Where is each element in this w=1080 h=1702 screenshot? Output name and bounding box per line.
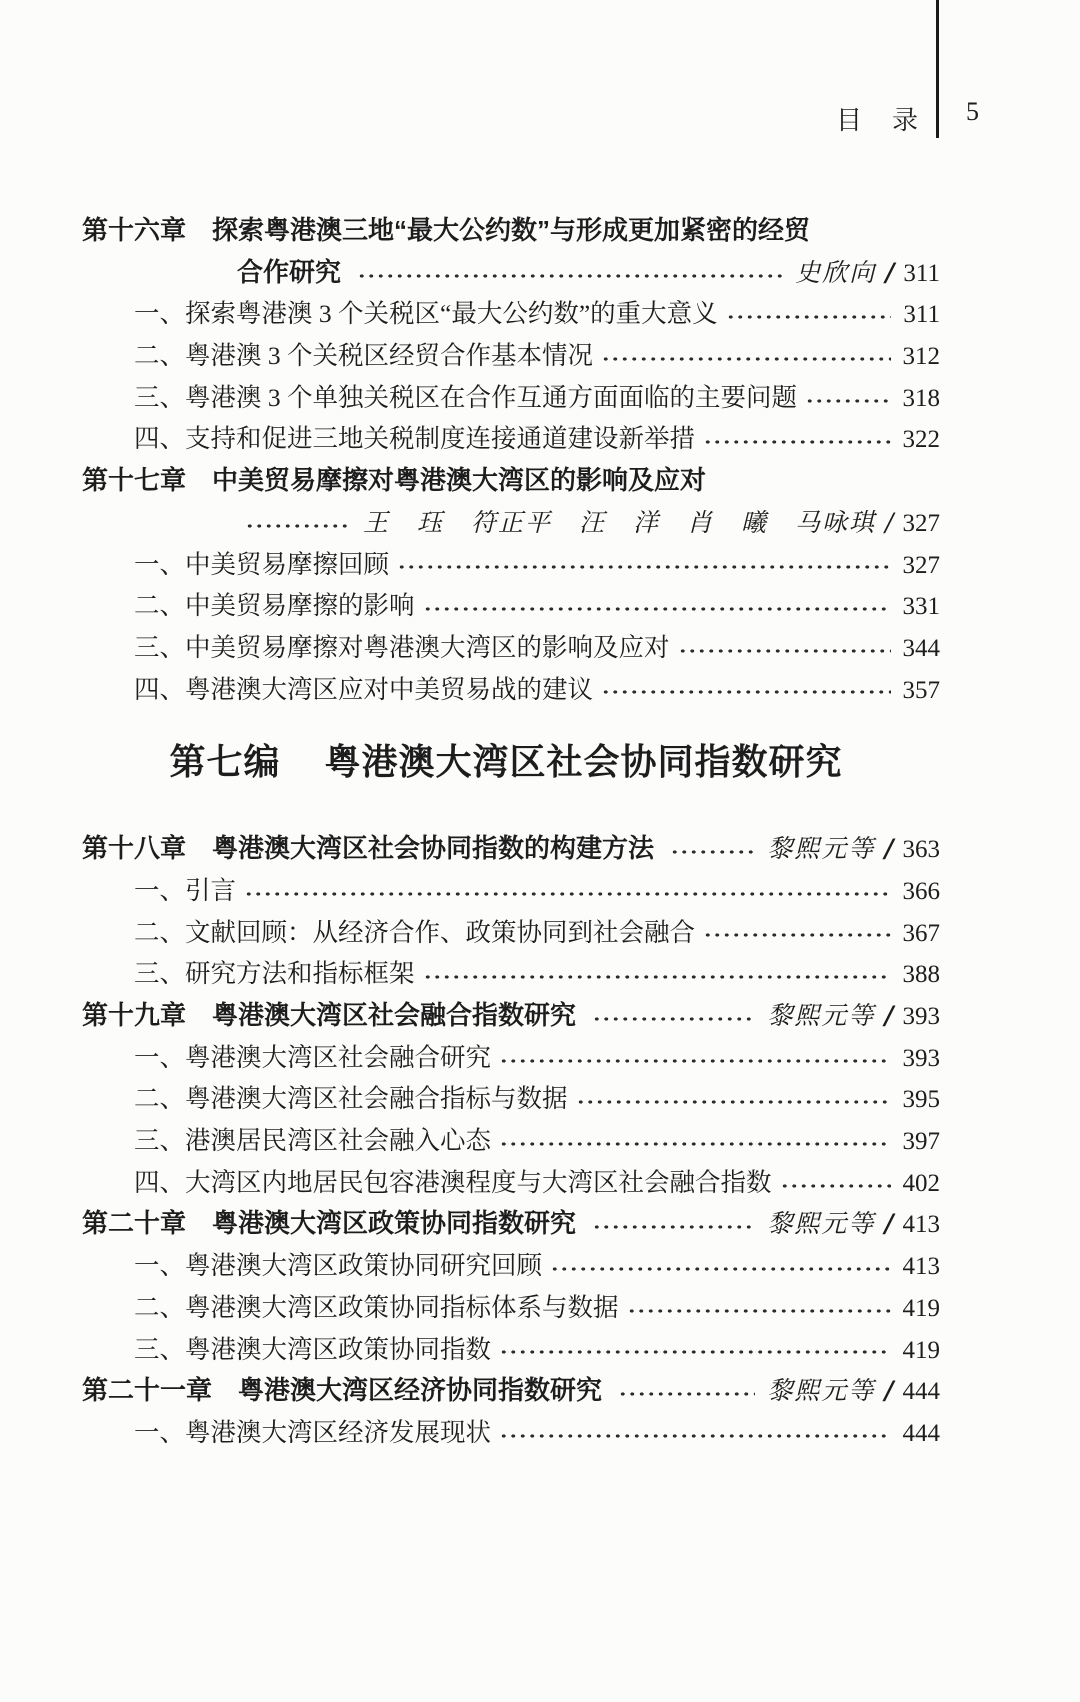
- entry-title: 一、粤港澳大湾区经济发展现状: [134, 1412, 491, 1454]
- author-name: 黎熙元等: [767, 995, 875, 1037]
- toc-entry: 三、粤港澳大湾区政策协同指数 419: [82, 1329, 940, 1371]
- dot-leader: [423, 605, 891, 613]
- chapter-number: 第二十章: [82, 1203, 186, 1245]
- author-page-separator: /: [884, 828, 893, 870]
- dot-leader: [423, 973, 891, 981]
- dot-leader: [618, 1390, 755, 1398]
- page-number: 444: [903, 1371, 941, 1413]
- page-number: 393: [903, 1038, 941, 1080]
- toc-chapter-line: 第十八章 粤港澳大湾区社会协同指数的构建方法 黎熙元等 / 363: [82, 828, 940, 870]
- toc-entry: 三、港澳居民湾区社会融入心态 397: [82, 1120, 940, 1162]
- toc-entry: 四、大湾区内地居民包容港澳程度与大湾区社会融合指数 402: [82, 1162, 940, 1204]
- dot-leader: [499, 1348, 890, 1356]
- part-number: 第七编: [169, 742, 280, 782]
- toc-entry: 三、研究方法和指标框架 388: [82, 953, 940, 995]
- dot-leader: [627, 1307, 891, 1315]
- entry-title: 一、引言: [134, 870, 236, 912]
- author-page-separator: /: [884, 995, 893, 1037]
- header-divider-rule: [936, 0, 939, 138]
- toc-entry: 三、粤港澳 3 个单独关税区在合作互通方面面临的主要问题 318: [82, 377, 940, 419]
- page-number: 393: [903, 996, 941, 1038]
- dot-leader: [576, 1098, 891, 1106]
- author-name: 黎熙元等: [767, 828, 875, 870]
- entry-title: 三、粤港澳大湾区政策协同指数: [134, 1329, 491, 1371]
- dot-leader: [805, 397, 890, 405]
- page-number: 331: [903, 586, 941, 628]
- page-number: 322: [903, 419, 941, 461]
- toc-entry: 二、粤港澳大湾区政策协同指标体系与数据 419: [82, 1287, 940, 1329]
- chapter-title: 中美贸易摩擦对粤港澳大湾区的影响及应对: [212, 460, 706, 502]
- chapter-title: 粤港澳大湾区经济协同指数研究: [238, 1370, 602, 1412]
- dot-leader: [244, 890, 890, 898]
- chapter-title: 探索粤港澳三地“最大公约数”与形成更加紧密的经贸: [212, 210, 810, 252]
- toc-entry: 一、中美贸易摩擦回顾 327: [82, 544, 940, 586]
- entry-title: 三、研究方法和指标框架: [134, 953, 415, 995]
- dot-leader: [592, 1223, 755, 1231]
- page-number: 444: [903, 1413, 941, 1455]
- toc-entry: 一、粤港澳大湾区经济发展现状 444: [82, 1412, 940, 1454]
- chapter-title: 粤港澳大湾区社会融合指数研究: [212, 995, 576, 1037]
- dot-leader: [357, 272, 783, 280]
- page-number: 388: [903, 954, 941, 996]
- entry-title: 二、文献回顾：从经济合作、政策协同到社会融合: [134, 912, 695, 954]
- toc-entry: 二、文献回顾：从经济合作、政策协同到社会融合 367: [82, 912, 940, 954]
- toc-entry: 二、中美贸易摩擦的影响 331: [82, 585, 940, 627]
- entry-title: 二、粤港澳大湾区社会融合指标与数据: [134, 1078, 568, 1120]
- toc-entry: 三、中美贸易摩擦对粤港澳大湾区的影响及应对 344: [82, 627, 940, 669]
- page-number: 419: [903, 1288, 941, 1330]
- entry-title: 四、支持和促进三地关税制度连接通道建设新举措: [134, 418, 695, 460]
- entry-title: 一、探索粤港澳 3 个关税区“最大公约数”的重大意义: [134, 293, 718, 335]
- chapter-number: 第二十一章: [82, 1370, 212, 1412]
- dot-leader: [245, 522, 349, 530]
- page-number: 311: [903, 294, 940, 336]
- table-of-contents: 第十六章 探索粤港澳三地“最大公约数”与形成更加紧密的经贸 合作研究 史欣向 /…: [82, 210, 940, 1454]
- entry-title: 二、粤港澳大湾区政策协同指标体系与数据: [134, 1287, 619, 1329]
- entry-title: 三、港澳居民湾区社会融入心态: [134, 1120, 491, 1162]
- entry-title: 一、粤港澳大湾区政策协同研究回顾: [134, 1245, 542, 1287]
- entry-title: 三、中美贸易摩擦对粤港澳大湾区的影响及应对: [134, 627, 670, 669]
- dot-leader: [780, 1182, 891, 1190]
- page-number: 363: [903, 829, 941, 871]
- dot-leader: [726, 313, 892, 321]
- toc-chapter-line: 第二十章 粤港澳大湾区政策协同指数研究 黎熙元等 / 413: [82, 1203, 940, 1245]
- toc-entry: 二、粤港澳 3 个关税区经贸合作基本情况 312: [82, 335, 940, 377]
- entry-title: 一、粤港澳大湾区社会融合研究: [134, 1037, 491, 1079]
- chapter-title: 粤港澳大湾区政策协同指数研究: [212, 1203, 576, 1245]
- page-number: 413: [903, 1246, 941, 1288]
- page-number: 413: [903, 1204, 941, 1246]
- entry-title: 三、粤港澳 3 个单独关税区在合作互通方面面临的主要问题: [134, 377, 797, 419]
- toc-entry: 四、粤港澳大湾区应对中美贸易战的建议 357: [82, 669, 940, 711]
- toc-chapter-line: 第十九章 粤港澳大湾区社会融合指数研究 黎熙元等 / 393: [82, 995, 940, 1037]
- dot-leader: [601, 688, 890, 696]
- author-name: 黎熙元等: [767, 1203, 875, 1245]
- toc-entry: 一、粤港澳大湾区社会融合研究 393: [82, 1037, 940, 1079]
- page-number: 311: [903, 253, 940, 295]
- toc-entry: 四、支持和促进三地关税制度连接通道建设新举措 322: [82, 418, 940, 460]
- toc-chapter-line: 第二十一章 粤港澳大湾区经济协同指数研究 黎熙元等 / 444: [82, 1370, 940, 1412]
- chapter-number: 第十七章: [82, 460, 186, 502]
- chapter-title: 粤港澳大湾区社会协同指数的构建方法: [212, 828, 654, 870]
- page-number: 366: [903, 871, 941, 913]
- dot-leader: [703, 438, 890, 446]
- dot-leader: [550, 1265, 890, 1273]
- page-number: 327: [903, 503, 941, 545]
- page-number: 419: [903, 1330, 941, 1372]
- dot-leader: [678, 647, 891, 655]
- chapter-number: 第十九章: [82, 995, 186, 1037]
- page-number: 327: [903, 545, 941, 587]
- author-page-separator: /: [885, 252, 894, 294]
- toc-authors-line: 王 珏 符正平 汪 洋 肖 曦 马咏琪 / 327: [82, 502, 940, 544]
- dot-leader: [601, 355, 890, 363]
- toc-entry: 一、引言 366: [82, 870, 940, 912]
- entry-title: 四、粤港澳大湾区应对中美贸易战的建议: [134, 669, 593, 711]
- page-number: 312: [903, 336, 941, 378]
- entry-title: 二、中美贸易摩擦的影响: [134, 585, 415, 627]
- dot-leader: [499, 1057, 890, 1065]
- toc-entry: 一、探索粤港澳 3 个关税区“最大公约数”的重大意义 311: [82, 293, 940, 335]
- toc-entry: 二、粤港澳大湾区社会融合指标与数据 395: [82, 1078, 940, 1120]
- chapter-title-continued: 合作研究: [237, 252, 341, 294]
- author-page-separator: /: [885, 502, 893, 544]
- author-name: 史欣向: [795, 252, 876, 294]
- running-head-title: 目 录: [836, 100, 920, 137]
- page-number: 357: [903, 670, 941, 712]
- author-page-separator: /: [884, 1203, 893, 1245]
- dot-leader: [397, 563, 890, 571]
- running-head-page-number: 5: [966, 97, 979, 127]
- page-number: 397: [903, 1121, 941, 1163]
- dot-leader: [499, 1432, 890, 1440]
- entry-title: 二、粤港澳 3 个关税区经贸合作基本情况: [134, 335, 593, 377]
- toc-chapter-title-line: 第十六章 探索粤港澳三地“最大公约数”与形成更加紧密的经贸: [82, 210, 940, 252]
- toc-chapter-title-line: 第十七章 中美贸易摩擦对粤港澳大湾区的影响及应对: [82, 460, 940, 502]
- dot-leader: [670, 848, 755, 856]
- author-page-separator: /: [884, 1370, 893, 1412]
- chapter-number: 第十六章: [82, 210, 186, 252]
- part-title: 粤港澳大湾区社会协同指数研究: [325, 742, 843, 782]
- entry-title: 一、中美贸易摩擦回顾: [134, 544, 389, 586]
- page-number: 395: [903, 1079, 941, 1121]
- chapter-number: 第十八章: [82, 828, 186, 870]
- page-number: 318: [903, 378, 941, 420]
- author-names: 王 珏 符正平 汪 洋 肖 曦 马咏琪: [363, 502, 876, 544]
- entry-title: 四、大湾区内地居民包容港澳程度与大湾区社会融合指数: [134, 1162, 772, 1204]
- dot-leader: [703, 931, 890, 939]
- part-heading: 第七编 粤港澳大湾区社会协同指数研究: [82, 732, 930, 792]
- dot-leader: [592, 1015, 755, 1023]
- author-name: 黎熙元等: [767, 1370, 875, 1412]
- toc-chapter-title-continuation: 合作研究 史欣向 / 311: [82, 252, 940, 294]
- dot-leader: [499, 1140, 890, 1148]
- page-number: 367: [903, 913, 941, 955]
- page-number: 344: [903, 628, 941, 670]
- toc-entry: 一、粤港澳大湾区政策协同研究回顾 413: [82, 1245, 940, 1287]
- page-number: 402: [903, 1163, 941, 1205]
